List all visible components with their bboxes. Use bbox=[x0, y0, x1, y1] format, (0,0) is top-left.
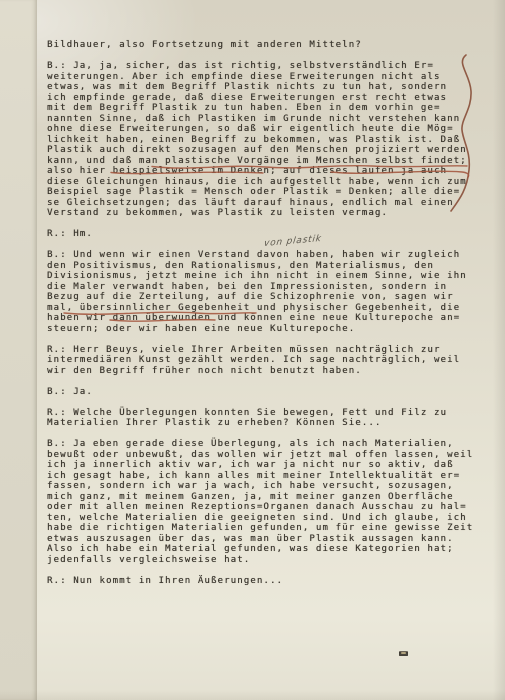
scanned-typescript-page: { "document": { "kind": "typewritten int… bbox=[0, 0, 505, 700]
interviewer-intermediaere-kunst: R.: Herr Beuys, viele Ihrer Arbeiten müs… bbox=[47, 345, 492, 377]
paper-bottom-edge-shadow bbox=[0, 690, 505, 700]
transcript-text-block: Bildhauer, also Fortsetzung mit anderen … bbox=[47, 40, 492, 597]
paper-right-edge-shadow bbox=[493, 0, 505, 700]
beuys-answer-verstand: B.: Und wenn wir einen Verstand davon ha… bbox=[47, 250, 492, 334]
beuys-ja: B.: Ja. bbox=[47, 387, 492, 398]
question-line-bildhauer: Bildhauer, also Fortsetzung mit anderen … bbox=[47, 40, 492, 51]
paper-left-edge bbox=[0, 0, 37, 700]
interviewer-fett-und-filz: R.: Welche Überlegungen konnten Sie bewe… bbox=[47, 408, 492, 429]
beuys-answer-materialien: B.: Ja eben gerade diese Überlegung, als… bbox=[47, 439, 492, 565]
interviewer-nun-kommt: R.: Nun kommt in Ihren Äußerungen... bbox=[47, 576, 492, 587]
beuys-answer-erweiterungen: B.: Ja, ja, sicher, das ist richtig, sel… bbox=[47, 61, 492, 219]
bottom-dash-highlight bbox=[401, 652, 406, 654]
